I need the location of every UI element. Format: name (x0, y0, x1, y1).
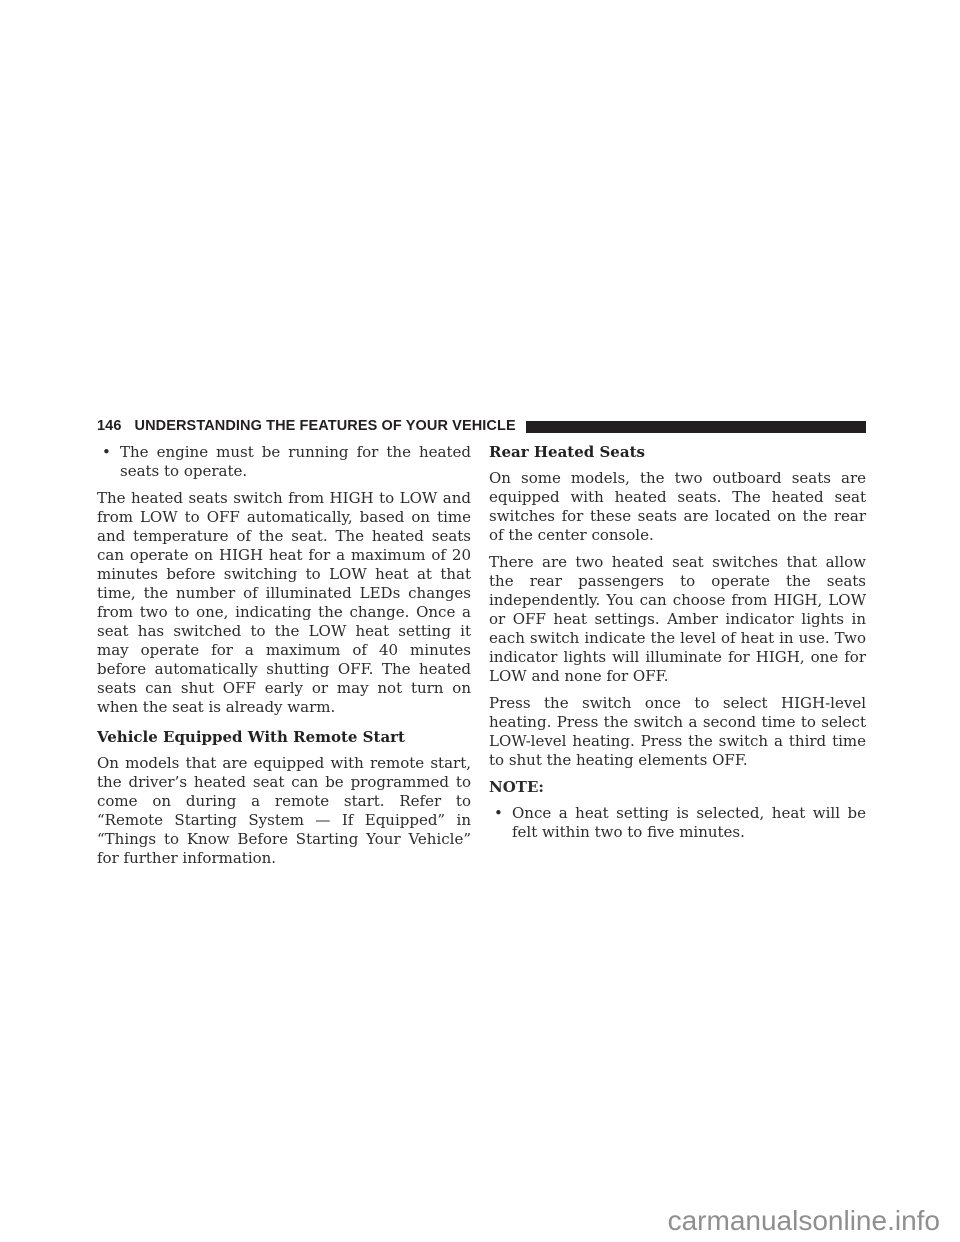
paragraph-outboard-seats: On some models, the two outboard seats a… (489, 469, 866, 545)
note-label: NOTE: (489, 778, 866, 797)
chapter-title: UNDERSTANDING THE FEATURES OF YOUR VEHIC… (135, 417, 516, 435)
heading-rear-heated-seats: Rear Heated Seats (489, 443, 866, 462)
bullet-marker: • (489, 804, 512, 842)
bullet-text-heat-felt: Once a heat setting is selected, heat wi… (512, 804, 866, 842)
right-column: Rear Heated Seats On some models, the tw… (489, 443, 866, 876)
bullet-marker: • (97, 443, 120, 481)
heading-remote-start: Vehicle Equipped With Remote Start (97, 728, 471, 747)
paragraph-press-switch: Press the switch once to select HIGH-lev… (489, 694, 866, 770)
paragraph-two-switches: There are two heated seat switches that … (489, 553, 866, 686)
paragraph-heated-seats-switch: The heated seats switch from HIGH to LOW… (97, 489, 471, 717)
bullet-text-engine-running: The engine must be running for the heate… (120, 443, 471, 481)
list-item: • The engine must be running for the hea… (97, 443, 471, 481)
paragraph-remote-start: On models that are equipped with remote … (97, 754, 471, 868)
page-number: 146 (97, 417, 122, 435)
header-rule (526, 421, 866, 433)
manual-page-content: 146 UNDERSTANDING THE FEATURES OF YOUR V… (97, 417, 866, 876)
list-item: • Once a heat setting is selected, heat … (489, 804, 866, 842)
left-column: • The engine must be running for the hea… (97, 443, 471, 876)
watermark-text: carmanualsonline.info (668, 1206, 940, 1236)
page-header: 146 UNDERSTANDING THE FEATURES OF YOUR V… (97, 417, 866, 435)
two-column-layout: • The engine must be running for the hea… (97, 443, 866, 876)
